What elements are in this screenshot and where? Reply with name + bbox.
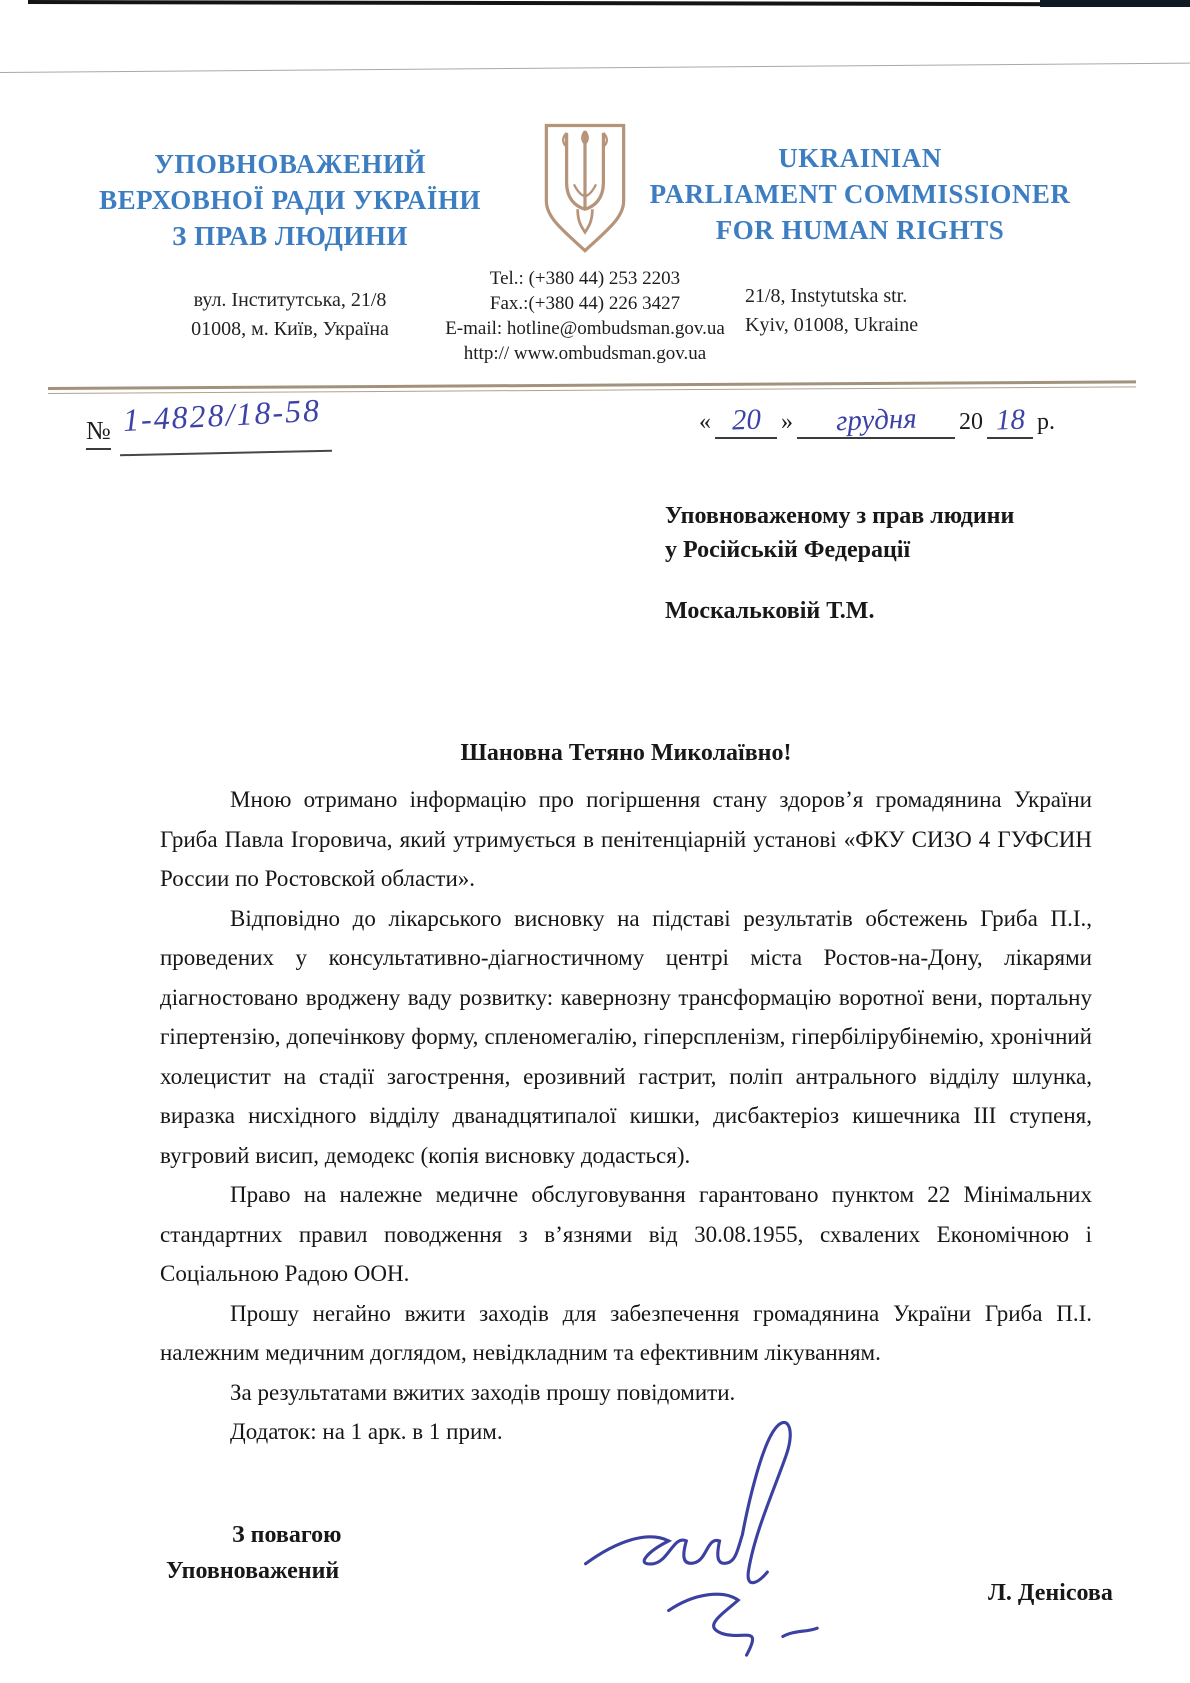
scanned-letter-page: УПОВНОВАЖЕНИЙ ВЕРХОВНОЇ РАДИ УКРАЇНИ З П…	[0, 0, 1190, 1683]
address-english: 21/8, Instytutska str. Kyiv, 01008, Ukra…	[745, 282, 1015, 340]
paragraph-3: Право на належне медичне обслуговування …	[160, 1175, 1092, 1294]
salutation: Шановна Тетяно Миколаївно!	[160, 740, 1092, 767]
scan-artifact-top-right	[1040, 0, 1190, 7]
paragraph-2: Відповідно до лікарського висновку на пі…	[160, 899, 1092, 1176]
contact-tel: Tel.: (+380 44) 253 2203	[415, 266, 755, 291]
date-close-quote: »	[781, 409, 793, 436]
signature-ink	[570, 1418, 840, 1668]
org-uk-line3: З ПРАВ ЛЮДИНИ	[95, 218, 485, 254]
org-en-line1: UKRAINIAN	[640, 140, 1080, 176]
letterhead-divider	[48, 380, 1136, 394]
letter-body: Мною отримано інформацію про погіршення …	[160, 780, 1092, 1452]
trident-shield-icon	[533, 120, 637, 258]
contact-web: http:// www.ombudsman.gov.ua	[415, 341, 755, 366]
address-en-line2: Kyiv, 01008, Ukraine	[745, 311, 1015, 340]
paragraph-4: Прошу негайно вжити заходів для забезпеч…	[160, 1294, 1092, 1373]
date-month-slot: грудня	[797, 404, 955, 439]
date-month-handwritten: грудня	[835, 403, 917, 439]
addressee-line2: у Російській Федерації	[665, 537, 910, 564]
scan-artifact-top-edge	[28, 0, 1190, 6]
reference-number-handwritten: 1-4828/18-58	[122, 392, 322, 439]
addressee-line1: Уповноваженому з прав людини	[665, 503, 1014, 530]
closing-line2: Уповноважений	[166, 1558, 339, 1585]
org-title-ukrainian: УПОВНОВАЖЕНИЙ ВЕРХОВНОЇ РАДИ УКРАЇНИ З П…	[95, 146, 485, 254]
date-open-quote: «	[699, 409, 711, 436]
reference-no-label: №	[86, 416, 111, 450]
org-uk-line1: УПОВНОВАЖЕНИЙ	[95, 146, 485, 182]
org-en-line3: FOR HUMAN RIGHTS	[640, 212, 1080, 248]
date-year-handwritten: 18	[995, 404, 1025, 438]
handwritten-signature-icon	[570, 1418, 840, 1668]
org-uk-line2: ВЕРХОВНОЇ РАДИ УКРАЇНИ	[95, 182, 485, 218]
address-uk-line1: вул. Інститутська, 21/8	[150, 286, 430, 315]
paragraph-5: За результатами вжитих заходів прошу пов…	[160, 1373, 1092, 1413]
signer-name: Л. Денісова	[988, 1580, 1113, 1607]
ukraine-trident-emblem	[533, 120, 637, 258]
scan-artifact-paper-edge	[0, 63, 1190, 73]
divider-thick-line	[48, 380, 1136, 390]
date-day-handwritten: 20	[731, 404, 761, 438]
addressee-name: Москальковій Т.М.	[665, 598, 874, 625]
reference-blank-underline	[120, 450, 332, 456]
address-ukrainian: вул. Інститутська, 21/8 01008, м. Київ, …	[150, 286, 430, 344]
date-year-slot: 18	[987, 404, 1033, 439]
paragraph-1: Мною отримано інформацію про погіршення …	[160, 780, 1092, 899]
org-title-english: UKRAINIAN PARLIAMENT COMMISSIONER FOR HU…	[640, 140, 1080, 248]
address-en-line1: 21/8, Instytutska str.	[745, 282, 1015, 311]
contact-fax: Fax.:(+380 44) 226 3427	[415, 291, 755, 316]
date-suffix: р.	[1037, 409, 1055, 436]
date-day-slot: 20	[715, 404, 777, 439]
org-en-line2: PARLIAMENT COMMISSIONER	[640, 176, 1080, 212]
address-uk-line2: 01008, м. Київ, Україна	[150, 315, 430, 344]
closing-line1: З повагою	[232, 1522, 342, 1549]
contact-email: E-mail: hotline@ombudsman.gov.ua	[415, 316, 755, 341]
date-line: « 20 » грудня 20 18 р.	[695, 404, 1115, 439]
contact-block: Tel.: (+380 44) 253 2203 Fax.:(+380 44) …	[415, 266, 755, 366]
date-year-prefix: 20	[959, 409, 983, 436]
